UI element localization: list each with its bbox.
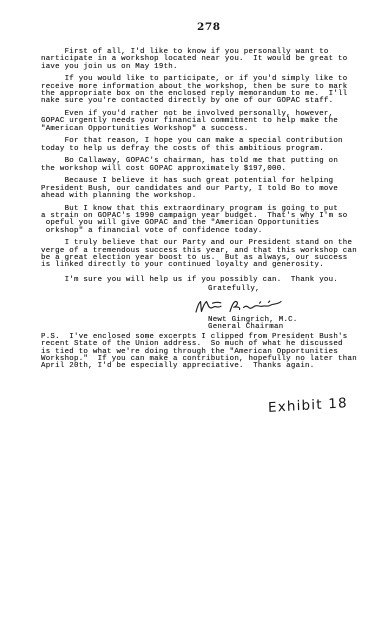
letter-paragraph: Even if you'd rather not be involved per… <box>41 111 357 133</box>
letter-paragraph: If you would like to participate, or if … <box>41 76 357 105</box>
letter-paragraph: But I know that this extraordinary progr… <box>41 206 357 235</box>
signer-title: General Chairman <box>208 324 283 331</box>
letter-paragraph: Bo Callaway, GOPAC's chairman, has told … <box>41 158 357 173</box>
exhibit-stamp: Exhibit 18 <box>268 395 348 416</box>
letter-paragraph: First of all, I'd like to know if you pe… <box>41 49 357 71</box>
signature-script <box>193 298 285 316</box>
letter-body: First of all, I'd like to know if you pe… <box>41 49 357 290</box>
letter-paragraph: I'm sure you will help us if you possibl… <box>41 277 357 284</box>
letter-paragraph: I truly believe that our Party and our P… <box>41 240 357 269</box>
page-number: 278 <box>197 21 221 33</box>
document-page: 278 First of all, I'd like to know if yo… <box>0 0 383 640</box>
letter-paragraph: For that reason, I hope you can make a s… <box>41 138 357 153</box>
letter-paragraph: Because I believe it has such great pote… <box>41 178 357 200</box>
closing-salutation: Gratefully, <box>208 286 260 293</box>
postscript: P.S. I've enclosed some excerpts I clipp… <box>41 334 357 371</box>
